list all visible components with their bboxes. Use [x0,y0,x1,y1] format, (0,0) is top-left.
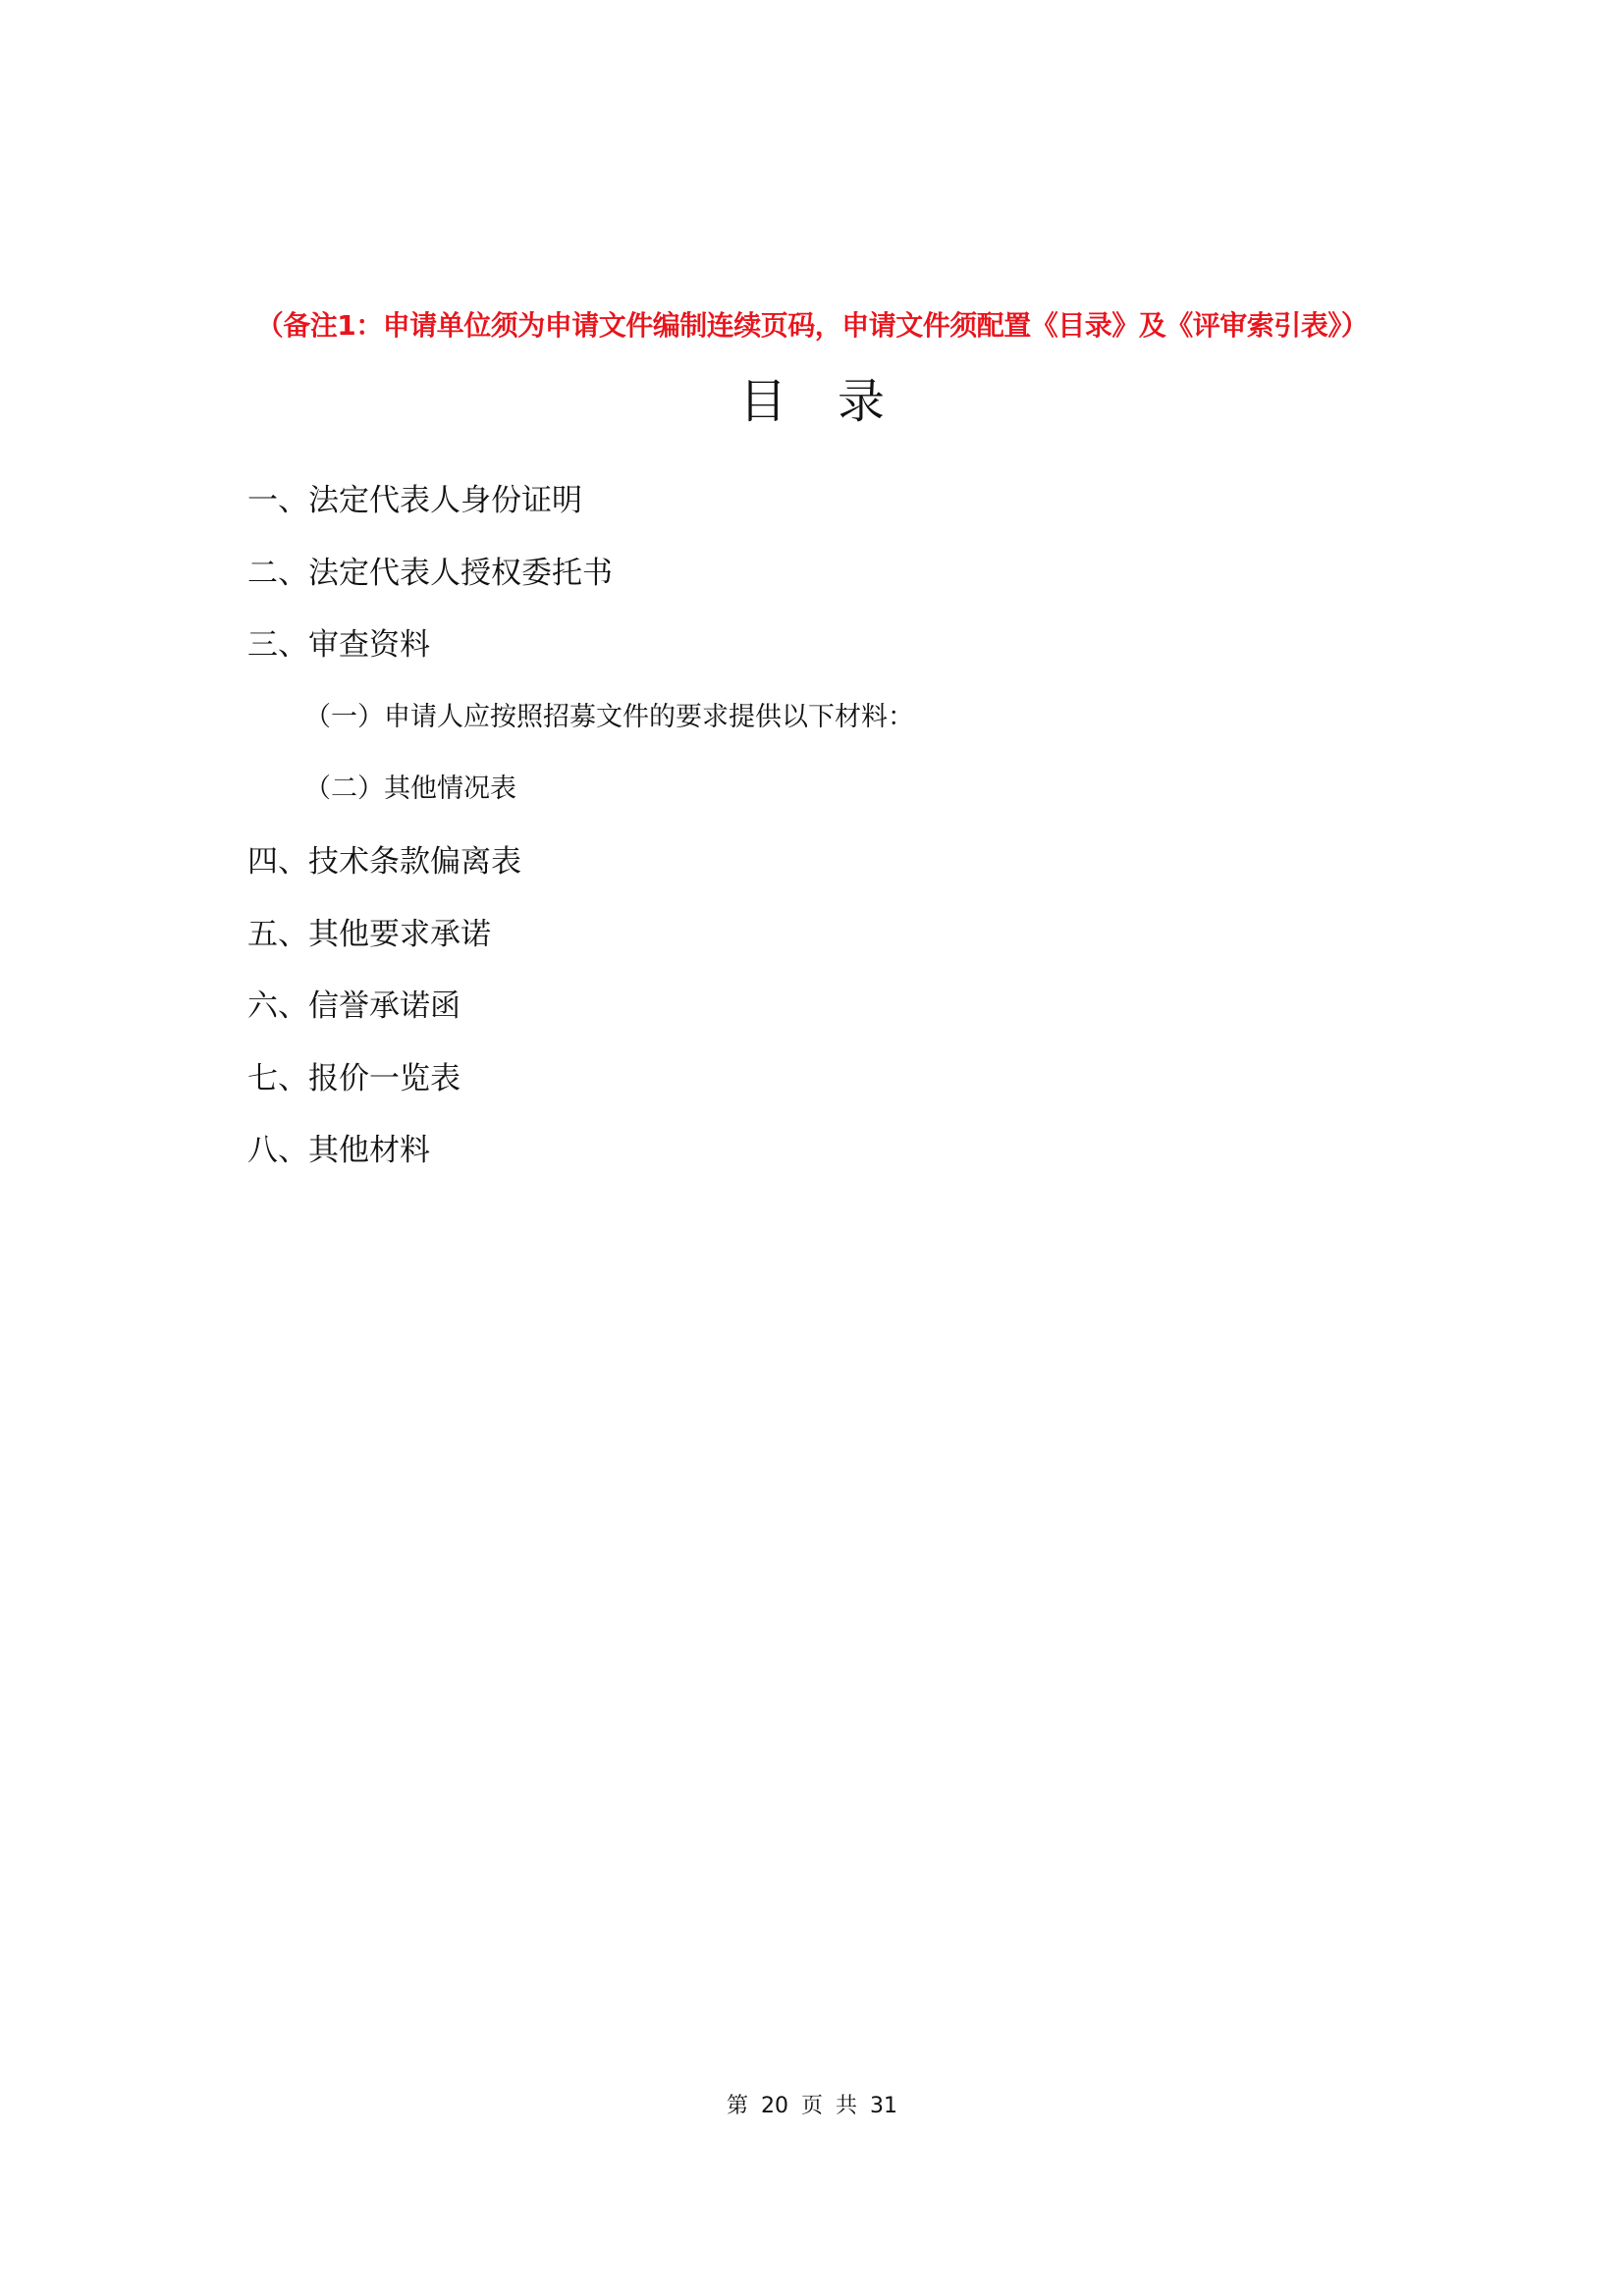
page-title: 目录 [0,363,1624,431]
table-of-contents: 一、法定代表人身份证明 二、法定代表人授权委托书 三、审查资料 （一）申请人应按… [247,479,914,1201]
toc-item[interactable]: 七、报价一览表 [247,1057,914,1130]
red-note: （备注1：申请单位须为申请文件编制连续页码，申请文件须配置《目录》及《评审索引表… [0,304,1624,344]
toc-item[interactable]: 四、技术条款偏离表 [247,840,914,913]
toc-item[interactable]: 六、信誉承诺函 [247,985,914,1057]
toc-item[interactable]: 二、法定代表人授权委托书 [247,552,914,624]
toc-subitem[interactable]: （一）申请人应按照招募文件的要求提供以下材料： [247,696,914,769]
toc-item[interactable]: 五、其他要求承诺 [247,913,914,986]
page-number-footer: 第 20 页 共 31 [0,2089,1624,2119]
toc-item[interactable]: 八、其他材料 [247,1129,914,1201]
toc-item[interactable]: 一、法定代表人身份证明 [247,479,914,552]
toc-item[interactable]: 三、审查资料 [247,623,914,696]
toc-subitem[interactable]: （二）其他情况表 [247,768,914,840]
